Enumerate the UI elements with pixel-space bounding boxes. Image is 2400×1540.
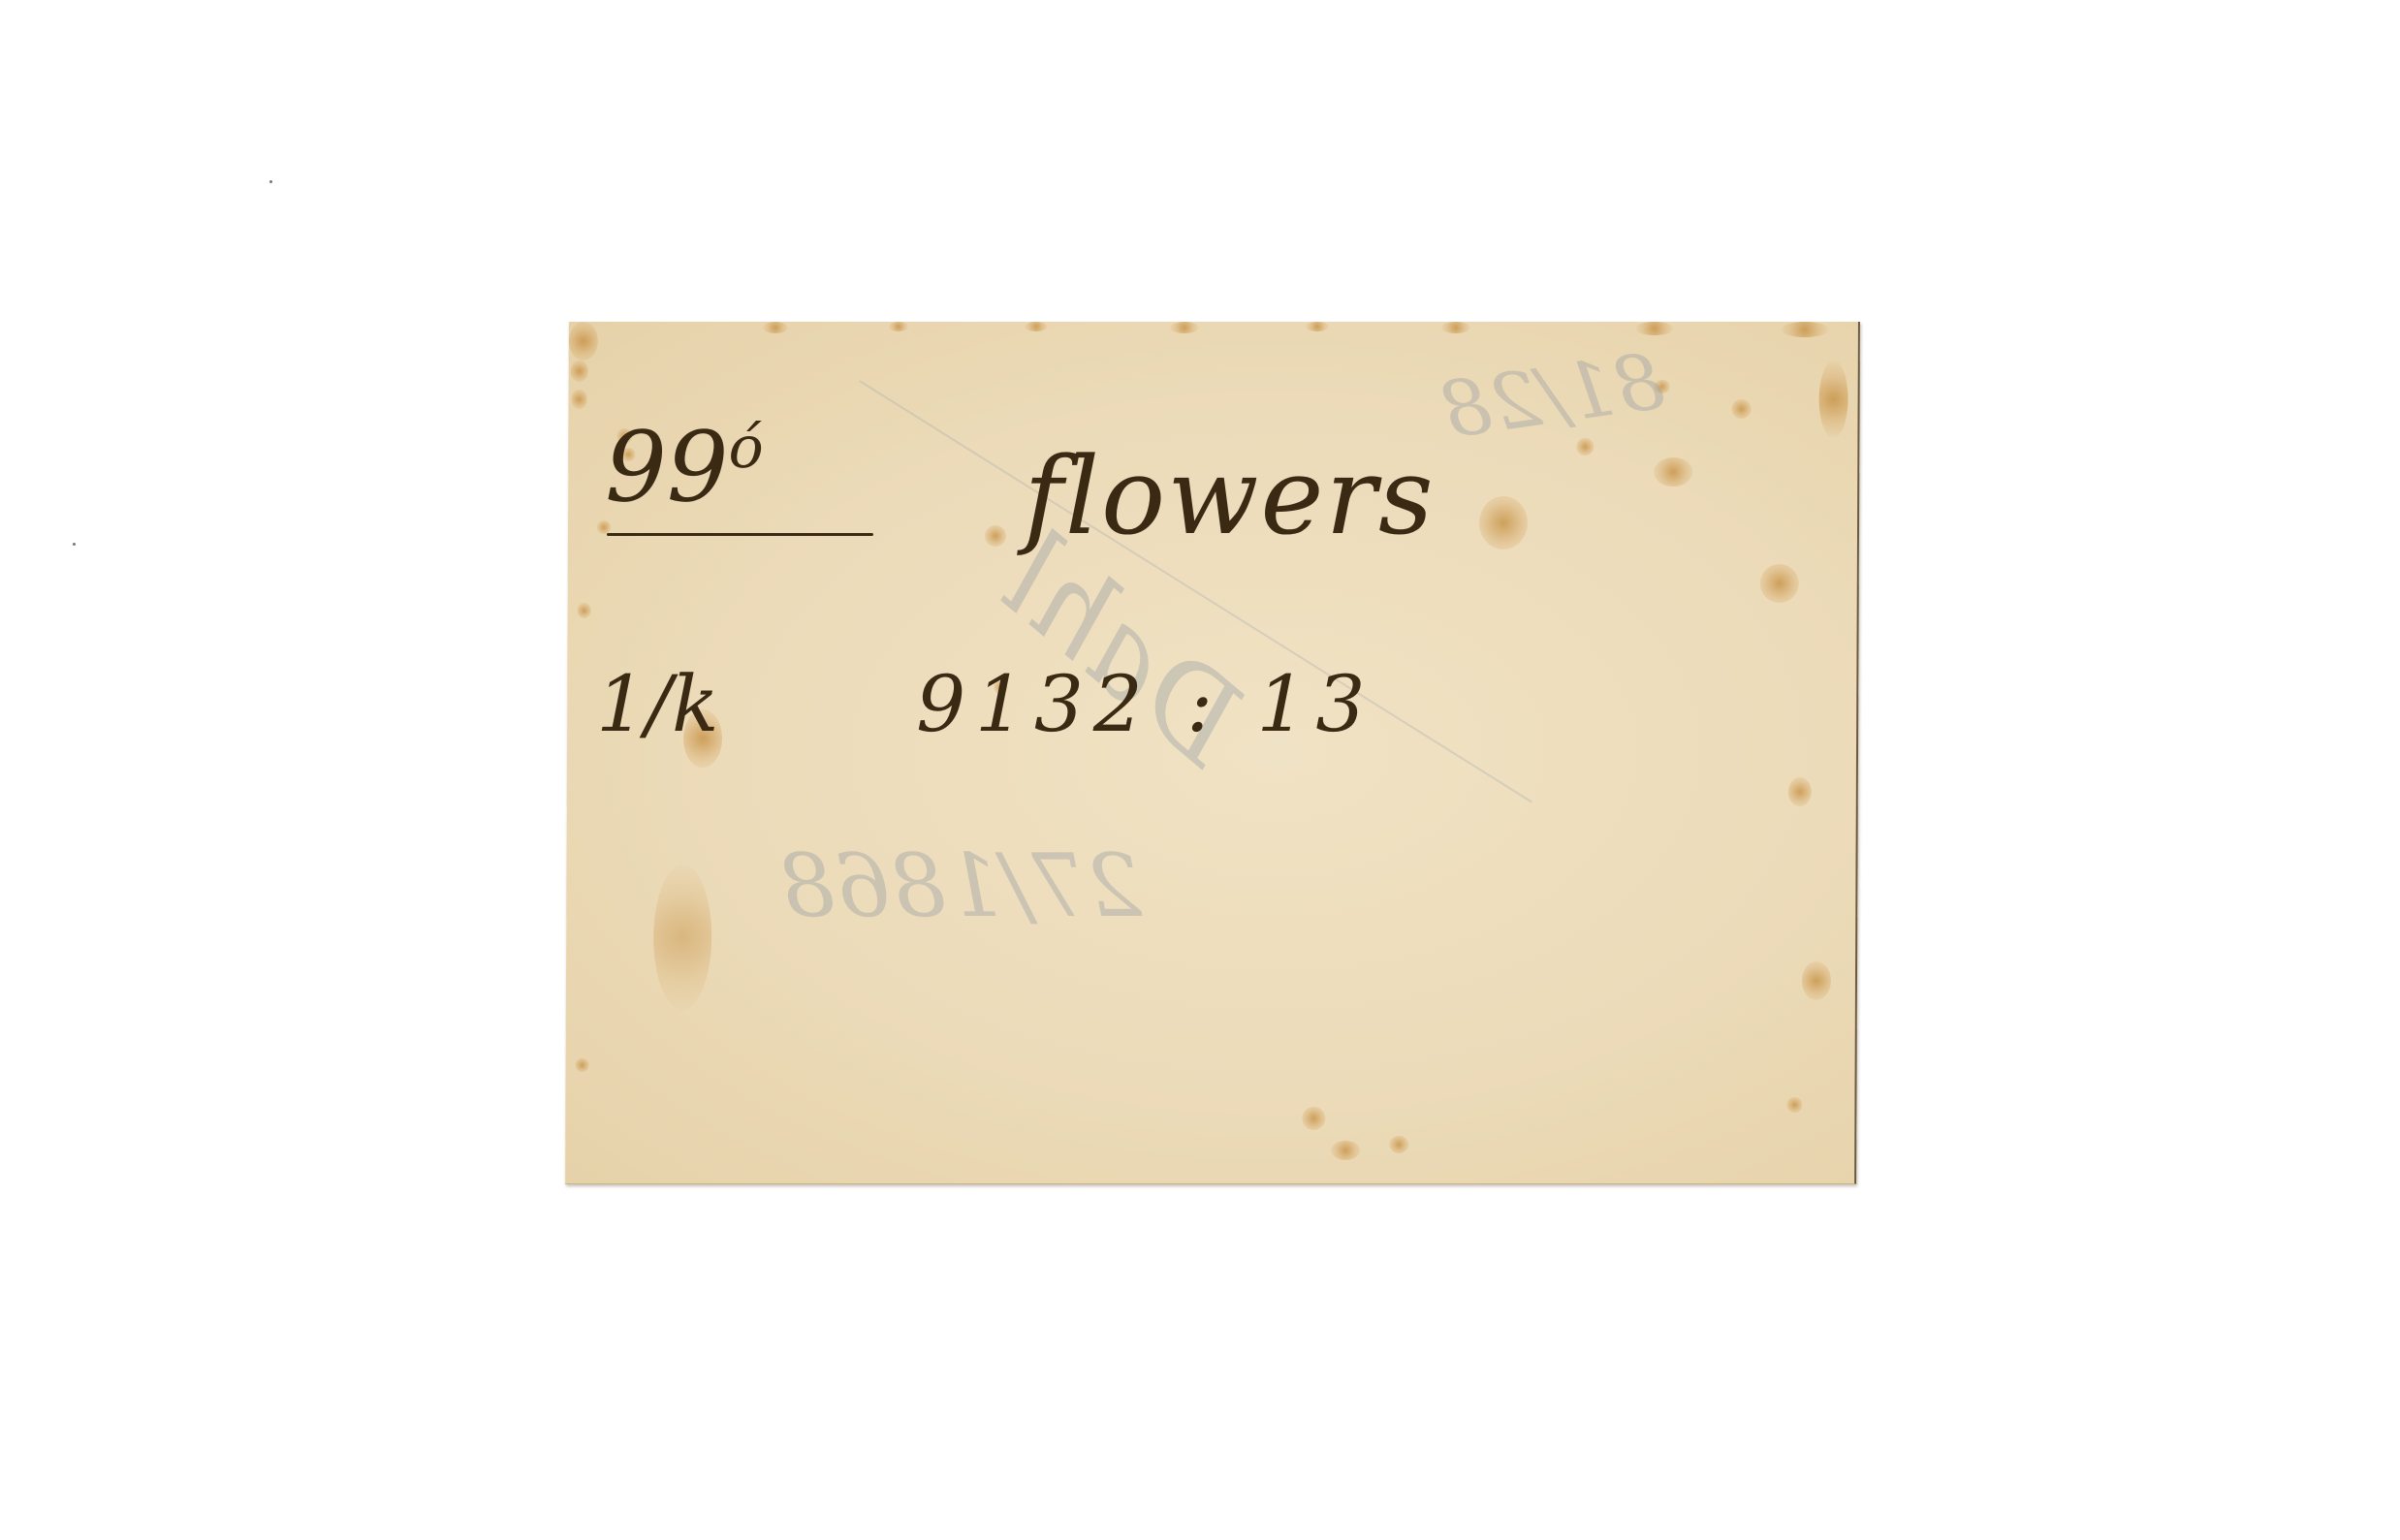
foxing-stain bbox=[578, 603, 591, 618]
foxing-stain bbox=[1786, 1097, 1802, 1113]
item-description: flowers bbox=[1024, 443, 1436, 550]
foxing-stain bbox=[1331, 1141, 1360, 1160]
foxing-stain bbox=[653, 864, 712, 1010]
catalog-number: 99ó bbox=[605, 419, 764, 516]
foxing-stain bbox=[1802, 961, 1831, 1000]
foxing-stain bbox=[1302, 1107, 1325, 1130]
fraction-note: 1/k bbox=[596, 666, 719, 743]
foxing-stain bbox=[1441, 322, 1470, 333]
reference-number: 9132 : 13 bbox=[916, 666, 1375, 743]
foxing-stain bbox=[576, 1058, 589, 1072]
foxing-stain bbox=[889, 322, 908, 331]
foxing-stain bbox=[569, 322, 598, 361]
catalog-number-underline bbox=[607, 533, 873, 536]
foxing-stain bbox=[1306, 322, 1329, 331]
foxing-stain bbox=[1760, 564, 1799, 603]
catalog-number-superscript: ó bbox=[728, 414, 763, 482]
dust-speck bbox=[269, 180, 272, 183]
pencil-show-through-lower: 27/1868 bbox=[779, 835, 1142, 937]
foxing-stain bbox=[1025, 322, 1048, 331]
catalog-number-digits: 99 bbox=[605, 410, 729, 523]
foxing-stain bbox=[1788, 777, 1812, 806]
foxing-stain bbox=[1479, 496, 1528, 550]
foxing-stain bbox=[1635, 322, 1674, 335]
foxing-stain bbox=[763, 322, 788, 333]
foxing-stain bbox=[985, 525, 1006, 547]
foxing-stain bbox=[1654, 457, 1692, 487]
dust-speck bbox=[73, 543, 76, 546]
foxing-stain bbox=[1389, 1136, 1408, 1153]
pencil-show-through-top-right: 81/28 bbox=[1436, 335, 1669, 456]
index-card: 81/28 Dahl 27/1868 99ó flowers 1/k 9132 … bbox=[565, 322, 1860, 1184]
foxing-stain bbox=[572, 390, 587, 409]
foxing-stain bbox=[1781, 322, 1829, 337]
foxing-stain bbox=[1170, 322, 1199, 333]
foxing-stain bbox=[1576, 438, 1594, 456]
foxing-stain bbox=[1818, 361, 1847, 438]
foxing-stain bbox=[571, 361, 588, 382]
foxing-stain bbox=[1732, 399, 1752, 419]
